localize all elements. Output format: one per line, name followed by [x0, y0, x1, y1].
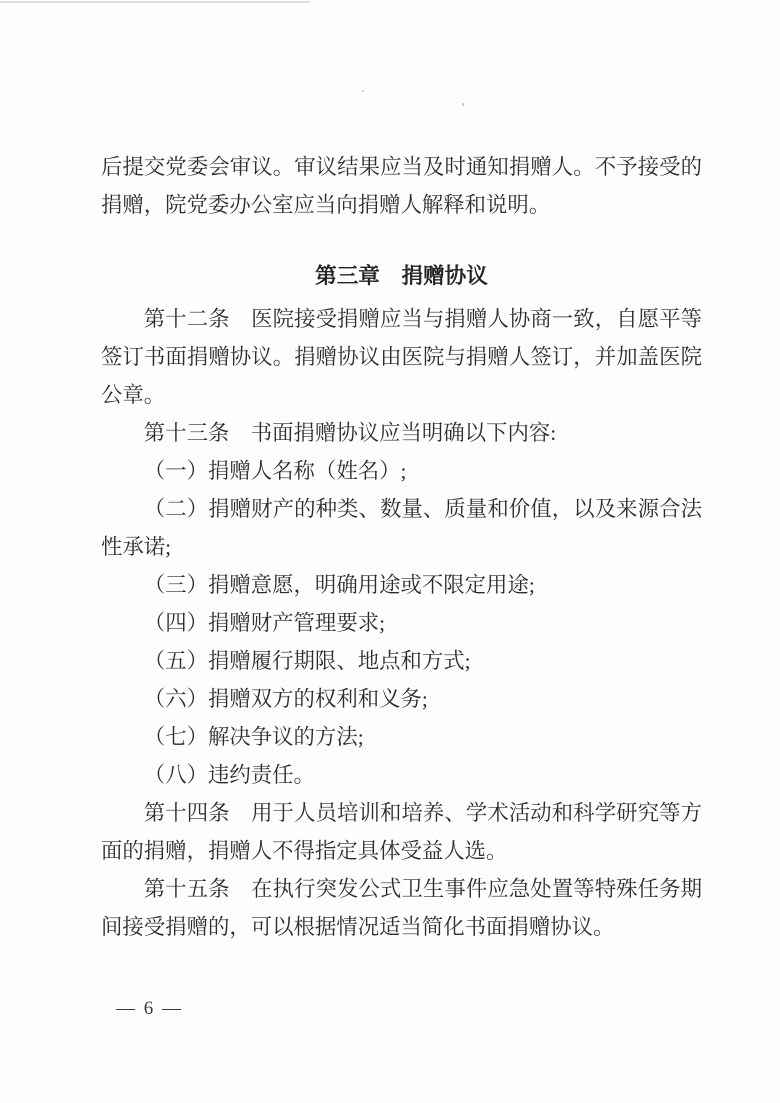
scan-artifact-line: [0, 1, 310, 3]
paragraph-continuation: 后提交党委会审议。审议结果应当及时通知捐赠人。不予接受的捐赠，院党委办公室应当向…: [101, 148, 702, 224]
list-item-8: （八）违约责任。: [101, 756, 702, 794]
list-item-6: （六）捐赠双方的权利和义务;: [101, 680, 702, 718]
page-number: — 6 —: [116, 998, 183, 1019]
article-14: 第十四条 用于人员培训和培养、学术活动和科学研究等方面的捐赠，捐赠人不得指定具体…: [101, 794, 702, 870]
list-item-2: （二）捐赠财产的种类、数量、质量和价值，以及来源合法性承诺;: [101, 490, 702, 566]
document-body: 后提交党委会审议。审议结果应当及时通知捐赠人。不予接受的捐赠，院党委办公室应当向…: [101, 148, 702, 946]
list-item-4: （四）捐赠财产管理要求;: [101, 604, 702, 642]
article-13-intro: 第十三条 书面捐赠协议应当明确以下内容:: [101, 414, 702, 452]
list-item-1: （一）捐赠人名称（姓名）;: [101, 452, 702, 490]
list-item-3: （三）捐赠意愿，明确用途或不限定用途;: [101, 566, 702, 604]
chapter-heading: 第三章 捐赠协议: [101, 257, 702, 295]
article-15: 第十五条 在执行突发公式卫生事件应急处置等特殊任务期间接受捐赠的，可以根据情况适…: [101, 870, 702, 946]
list-item-5: （五）捐赠履行期限、地点和方式;: [101, 642, 702, 680]
article-12: 第十二条 医院接受捐赠应当与捐赠人协商一致，自愿平等签订书面捐赠协议。捐赠协议由…: [101, 300, 702, 414]
list-item-7: （七）解决争议的方法;: [101, 718, 702, 756]
scan-artifact-dot: [362, 90, 364, 92]
scan-artifact-dot: [462, 103, 464, 106]
document-page: 后提交党委会审议。审议结果应当及时通知捐赠人。不予接受的捐赠，院党委办公室应当向…: [0, 0, 780, 1103]
page-footer: — 6 —: [116, 997, 183, 1021]
